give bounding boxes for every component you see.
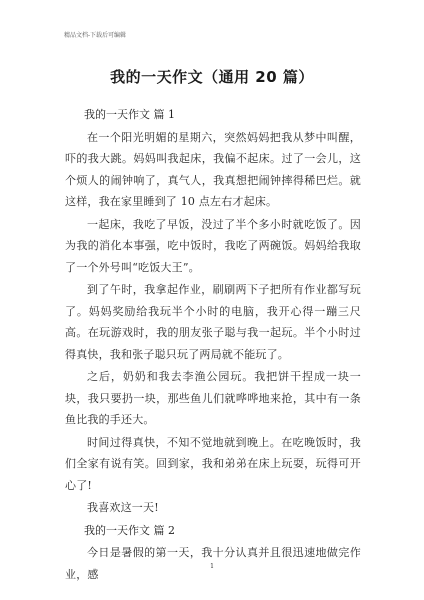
paragraph: 我喜欢这一天! bbox=[65, 497, 361, 519]
document-body: 我的一天作文 篇 1 在一个阳光明媚的星期六，突然妈妈把我从梦中叫醒，吓的我大跳… bbox=[65, 104, 361, 586]
paragraph: 到了午时，我拿起作业，刷刷两下子把所有作业都写玩了。妈妈奖励给我玩半个小时的电脑… bbox=[65, 279, 361, 365]
paragraph: 一起床，我吃了早饭，没过了半个多小时就吃饭了。因为我的消化本事强，吃中饭时，我吃… bbox=[65, 214, 361, 279]
section-heading: 我的一天作文 篇 2 bbox=[84, 520, 361, 542]
header-note: 精品文档-下载后可编辑 bbox=[64, 30, 126, 39]
page-number: 1 bbox=[0, 563, 424, 570]
document-title: 我的一天作文（通用 20 篇） bbox=[0, 66, 424, 87]
paragraph: 时间过得真快，不知不觉地就到晚上。在吃晚饭时，我们全家有说有笑。回到家，我和弟弟… bbox=[65, 432, 361, 497]
paragraph: 在一个阳光明媚的星期六，突然妈妈把我从梦中叫醒，吓的我大跳。妈妈叫我起床，我偏不… bbox=[65, 127, 361, 213]
section-heading: 我的一天作文 篇 1 bbox=[84, 104, 361, 126]
paragraph: 之后，奶奶和我去李渔公园玩。我把饼干捏成一块一块，我只要扔一块，那些鱼儿们就哗哗… bbox=[65, 366, 361, 431]
